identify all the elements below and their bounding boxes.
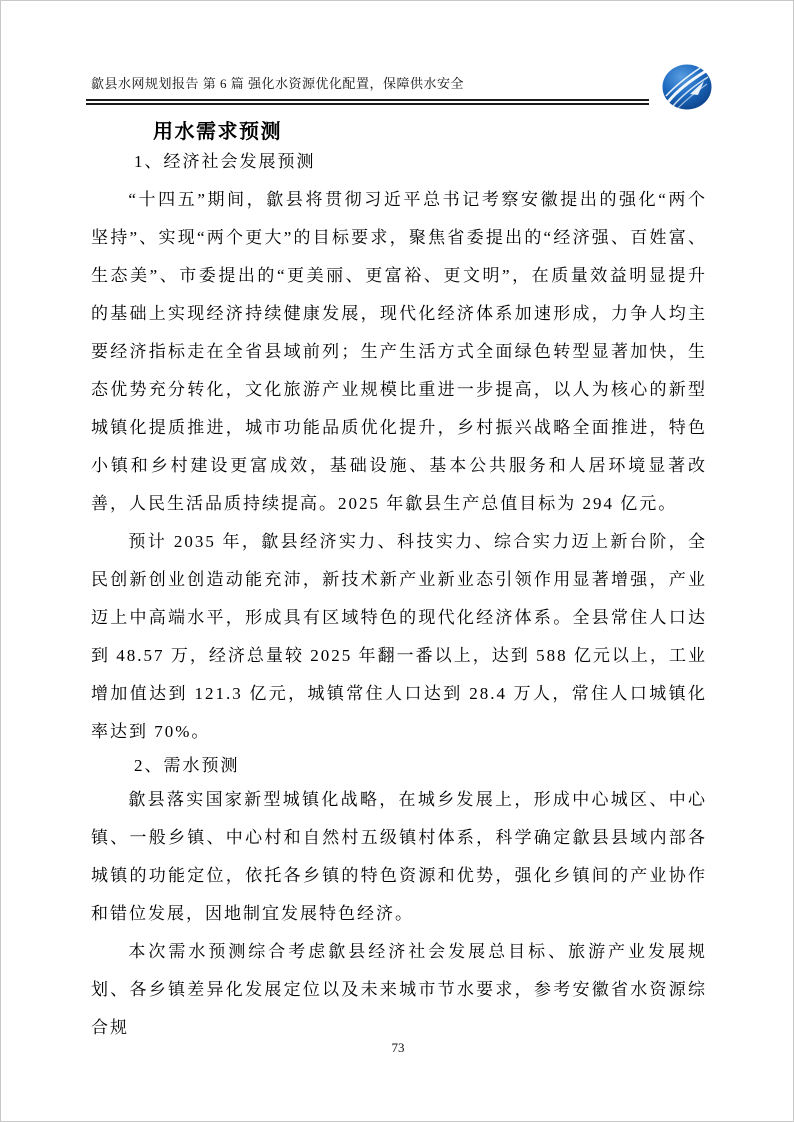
page-footer: 73 xyxy=(1,1039,794,1057)
heading-water-demand-forecast: 2、需水预测 xyxy=(134,754,707,778)
paragraph: 预计 2035 年，歙县经济实力、科技实力、综合实力迈上新台阶，全民创新创业创造… xyxy=(91,523,707,751)
section-title: 用水需求预测 xyxy=(153,119,707,145)
heading-economic-social-forecast: 1、经济社会发展预测 xyxy=(134,150,707,174)
page-header: 歙县水网规划报告 第 6 篇 强化水资源优化配置，保障供水安全 xyxy=(91,73,707,105)
header-running-title: 歙县水网规划报告 第 6 篇 强化水资源优化配置，保障供水安全 xyxy=(91,73,707,92)
header-divider xyxy=(86,99,649,105)
paragraph: 本次需水预测综合考虑歙县经济社会发展总目标、旅游产业发展规划、各乡镇差异化发展定… xyxy=(91,933,707,1047)
page-number: 73 xyxy=(392,1040,405,1055)
water-network-logo-icon xyxy=(662,64,712,110)
document-body: 用水需求预测 1、经济社会发展预测 “十四五”期间，歙县将贯彻习近平总书记考察安… xyxy=(91,113,707,1047)
paragraph: 歙县落实国家新型城镇化战略，在城乡发展上，形成中心城区、中心镇、一般乡镇、中心村… xyxy=(91,781,707,933)
document-page: 歙县水网规划报告 第 6 篇 强化水资源优化配置，保障供水安全 用水需求预测 1… xyxy=(0,0,794,1122)
paragraph: “十四五”期间，歙县将贯彻习近平总书记考察安徽提出的强化“两个坚持”、实现“两个… xyxy=(91,181,707,523)
